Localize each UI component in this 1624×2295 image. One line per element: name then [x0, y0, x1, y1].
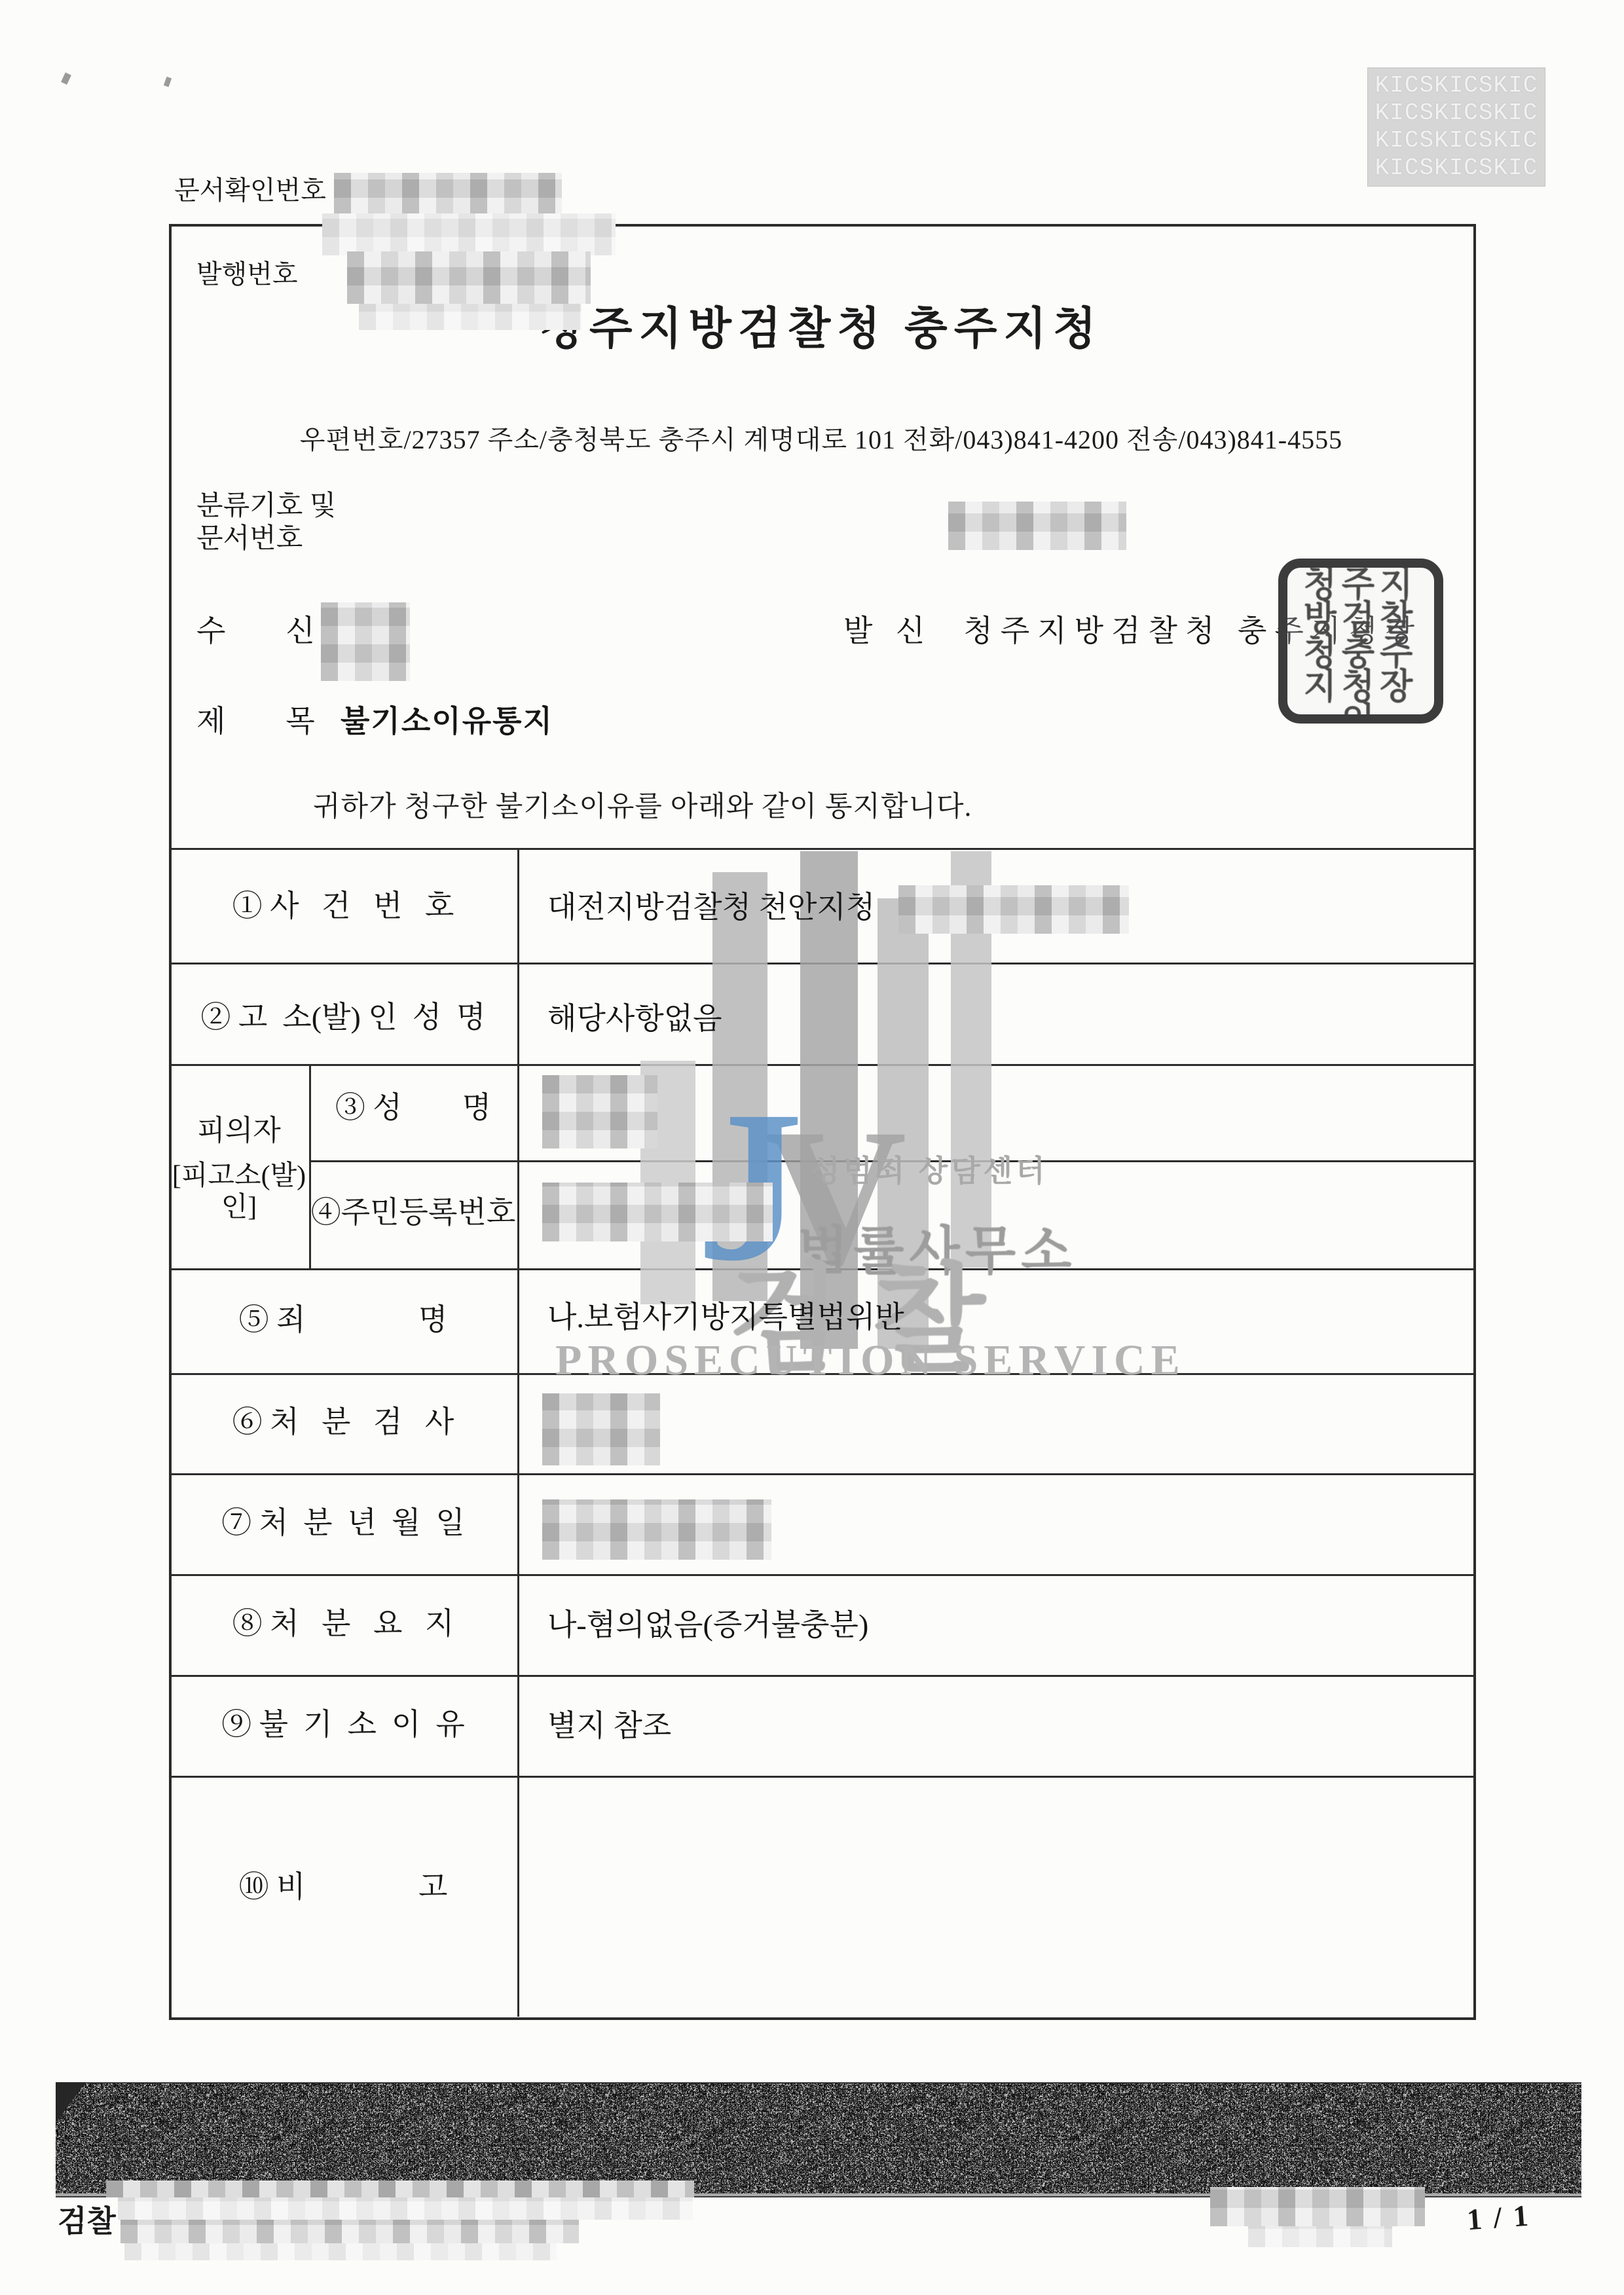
- office-address-line: 우편번호/27357 주소/충청북도 충주시 계명대로 101 전화/043)8…: [169, 419, 1473, 456]
- row-case-number-value: 대전지방검찰청 천안지청: [547, 889, 875, 925]
- row-remarks-label: ⑩ 비 고: [169, 1870, 517, 1905]
- kics-watermark-row: KICSKICSKIC: [1368, 155, 1545, 182]
- subject-value: 불기소이유통지: [341, 705, 553, 739]
- footer-right-redacted: [1248, 2226, 1392, 2247]
- resident-id-redacted: [542, 1183, 773, 1241]
- noise-texture: [56, 2084, 1581, 2194]
- classification-label: 분류기호 및 문서번호: [196, 490, 336, 555]
- prosecutor-redacted: [542, 1393, 660, 1465]
- row-prosecutor-label: ⑥ 처 분 검 사: [169, 1405, 517, 1440]
- footer-right-redacted: [1210, 2187, 1425, 2226]
- suspect-group-label-line2: [피고소(발)인]: [165, 1160, 313, 1224]
- row-disposition-date-label: ⑦ 처 분 년 월 일: [169, 1506, 517, 1541]
- row-nonprosecution-reason-value: 별지 참조: [547, 1708, 671, 1744]
- recipient-label: 수 신: [196, 614, 315, 649]
- subject-label: 제 목: [196, 705, 315, 739]
- redaction-band: [359, 304, 581, 330]
- footer-left-redacted: [120, 2220, 579, 2243]
- doc-confirm-number-label: 문서확인번호: [174, 175, 326, 206]
- seal-text: 청주지방검찰청충주지청장인: [1295, 568, 1426, 724]
- kics-watermark-row: KICSKICSKIC: [1368, 100, 1545, 127]
- row-resident-id-label: ④주민등록번호: [309, 1196, 517, 1230]
- row-complainant-label: ② 고 소(발) 인 성 명: [169, 1001, 517, 1035]
- row-nonprosecution-reason-label: ⑨ 불 기 소 이 유: [169, 1708, 517, 1742]
- row-disposition-summary-label: ⑧ 처 분 요 지: [169, 1607, 517, 1642]
- row-case-number-label: ① 사 건 번 호: [169, 889, 517, 924]
- classification-date-redacted: [948, 502, 1126, 550]
- row-suspect-name-label: ③ 성 명: [309, 1091, 517, 1126]
- scanned-document-page: KICSKICSKIC KICSKICSKIC KICSKICSKIC KICS…: [0, 0, 1624, 2295]
- scan-corner-mark: [56, 2082, 86, 2123]
- footer-left-redacted: [106, 2180, 694, 2197]
- kics-watermark: KICSKICSKIC KICSKICSKIC KICSKICSKIC KICS…: [1367, 67, 1545, 187]
- kics-watermark-row: KICSKICSKIC: [1368, 72, 1545, 100]
- footer-left-text: 검찰: [58, 2197, 116, 2241]
- notice-body-sentence: 귀하가 청구한 불기소이유를 아래와 같이 통지합니다.: [313, 784, 972, 824]
- kics-watermark-row: KICSKICSKIC: [1368, 127, 1545, 155]
- scan-speck: [164, 77, 172, 87]
- disposition-date-redacted: [542, 1499, 771, 1560]
- issue-number-redacted: [347, 251, 591, 304]
- row-offense-label: ⑤ 죄 명: [169, 1303, 517, 1338]
- row-complainant-value: 해당사항없음: [547, 1001, 722, 1037]
- redaction-band: [322, 213, 616, 255]
- footer-left-redacted: [118, 2197, 693, 2220]
- row-offense-value: 나.보험사기방지특별법위반: [547, 1299, 904, 1335]
- official-seal-stamp: 청주지방검찰청충주지청장인: [1278, 559, 1443, 724]
- page-number-indicator: 1 / 1: [1466, 2198, 1531, 2237]
- scan-speck: [61, 73, 71, 85]
- classification-label-line1: 분류기호 및: [196, 490, 336, 523]
- row-disposition-summary-value: 나-혐의없음(증거불충분): [547, 1607, 868, 1643]
- case-number-redacted: [898, 885, 1129, 934]
- suspect-group-label-line1: 피의자: [169, 1114, 309, 1148]
- footer-left-redacted: [124, 2243, 557, 2260]
- suspect-name-redacted: [542, 1075, 657, 1148]
- doc-confirm-number-redacted: [334, 173, 562, 216]
- recipient-redacted: [321, 602, 410, 681]
- classification-label-line2: 문서번호: [196, 523, 336, 555]
- issue-number-label: 발행번호: [196, 259, 298, 289]
